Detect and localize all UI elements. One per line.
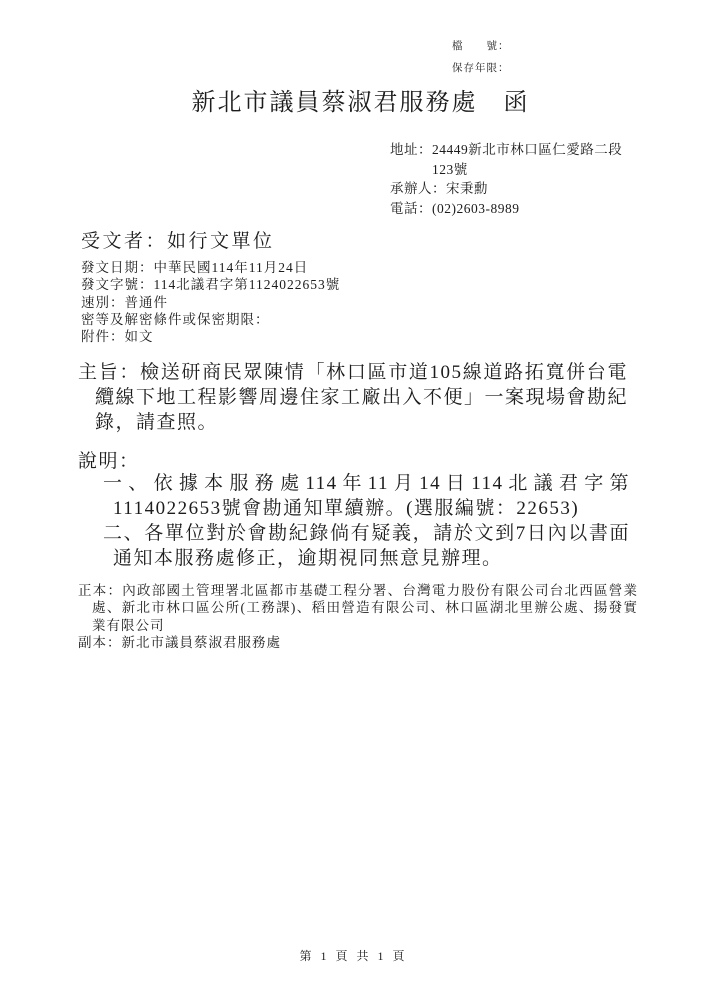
description-item-2: 二、各單位對於會勘紀錄倘有疑義，請於文到7日內以書面通知本服務處修正，逾期視同無… xyxy=(78,521,630,571)
file-number-label: 檔 號： xyxy=(452,36,510,58)
attachment-line: 附件：如文 xyxy=(81,328,340,345)
copy-recipients-line: 副本：新北市議員蔡淑君服務處 xyxy=(78,634,638,651)
issue-meta-block: 發文日期：中華民國114年11月24日 發文字號：114北議君字第1124022… xyxy=(81,259,340,345)
retention-period-label: 保存年限： xyxy=(452,58,510,80)
sender-contact-person: 承辦人：宋秉勳 xyxy=(390,179,638,199)
sender-address: 地址：24449新北市林口區仁愛路二段123號 xyxy=(390,140,638,179)
reference-number-line: 發文字號：114北議君字第1124022653號 xyxy=(81,276,340,293)
page-number-footer: 第 1 頁 共 1 頁 xyxy=(0,947,707,964)
distribution-block: 正本：內政部國土管理署北區都市基礎工程分署、台灣電力股份有限公司台北西區營業處、… xyxy=(78,582,638,651)
sender-phone: 電話：(02)2603-8989 xyxy=(390,199,638,219)
archive-stamp-block: 檔 號： 保存年限： xyxy=(452,36,510,80)
security-classification-line: 密等及解密條件或保密期限： xyxy=(81,311,340,328)
subject-paragraph: 主旨：檢送研商民眾陳情「林口區市道105線道路拓寬併台電纜線下地工程影響周邊住家… xyxy=(78,360,628,435)
priority-line: 速別：普通件 xyxy=(81,294,340,311)
sender-info-block: 地址：24449新北市林口區仁愛路二段123號 承辦人：宋秉勳 電話：(02)2… xyxy=(390,140,638,218)
official-letter-page: 檔 號： 保存年限： 新北市議員蔡淑君服務處 函 地址：24449新北市林口區仁… xyxy=(0,0,707,1000)
original-recipients-line: 正本：內政部國土管理署北區都市基礎工程分署、台灣電力股份有限公司台北西區營業處、… xyxy=(78,582,638,634)
description-items-block: 一、依據本服務處114年11月14日114北議君字第1114022653號會勘通… xyxy=(78,471,630,571)
description-item-1: 一、依據本服務處114年11月14日114北議君字第1114022653號會勘通… xyxy=(78,471,630,521)
recipient-line: 受文者：如行文單位 xyxy=(81,226,275,253)
document-title: 新北市議員蔡淑君服務處 函 xyxy=(0,82,707,117)
description-heading: 說明： xyxy=(78,446,140,473)
issue-date-line: 發文日期：中華民國114年11月24日 xyxy=(81,259,340,276)
